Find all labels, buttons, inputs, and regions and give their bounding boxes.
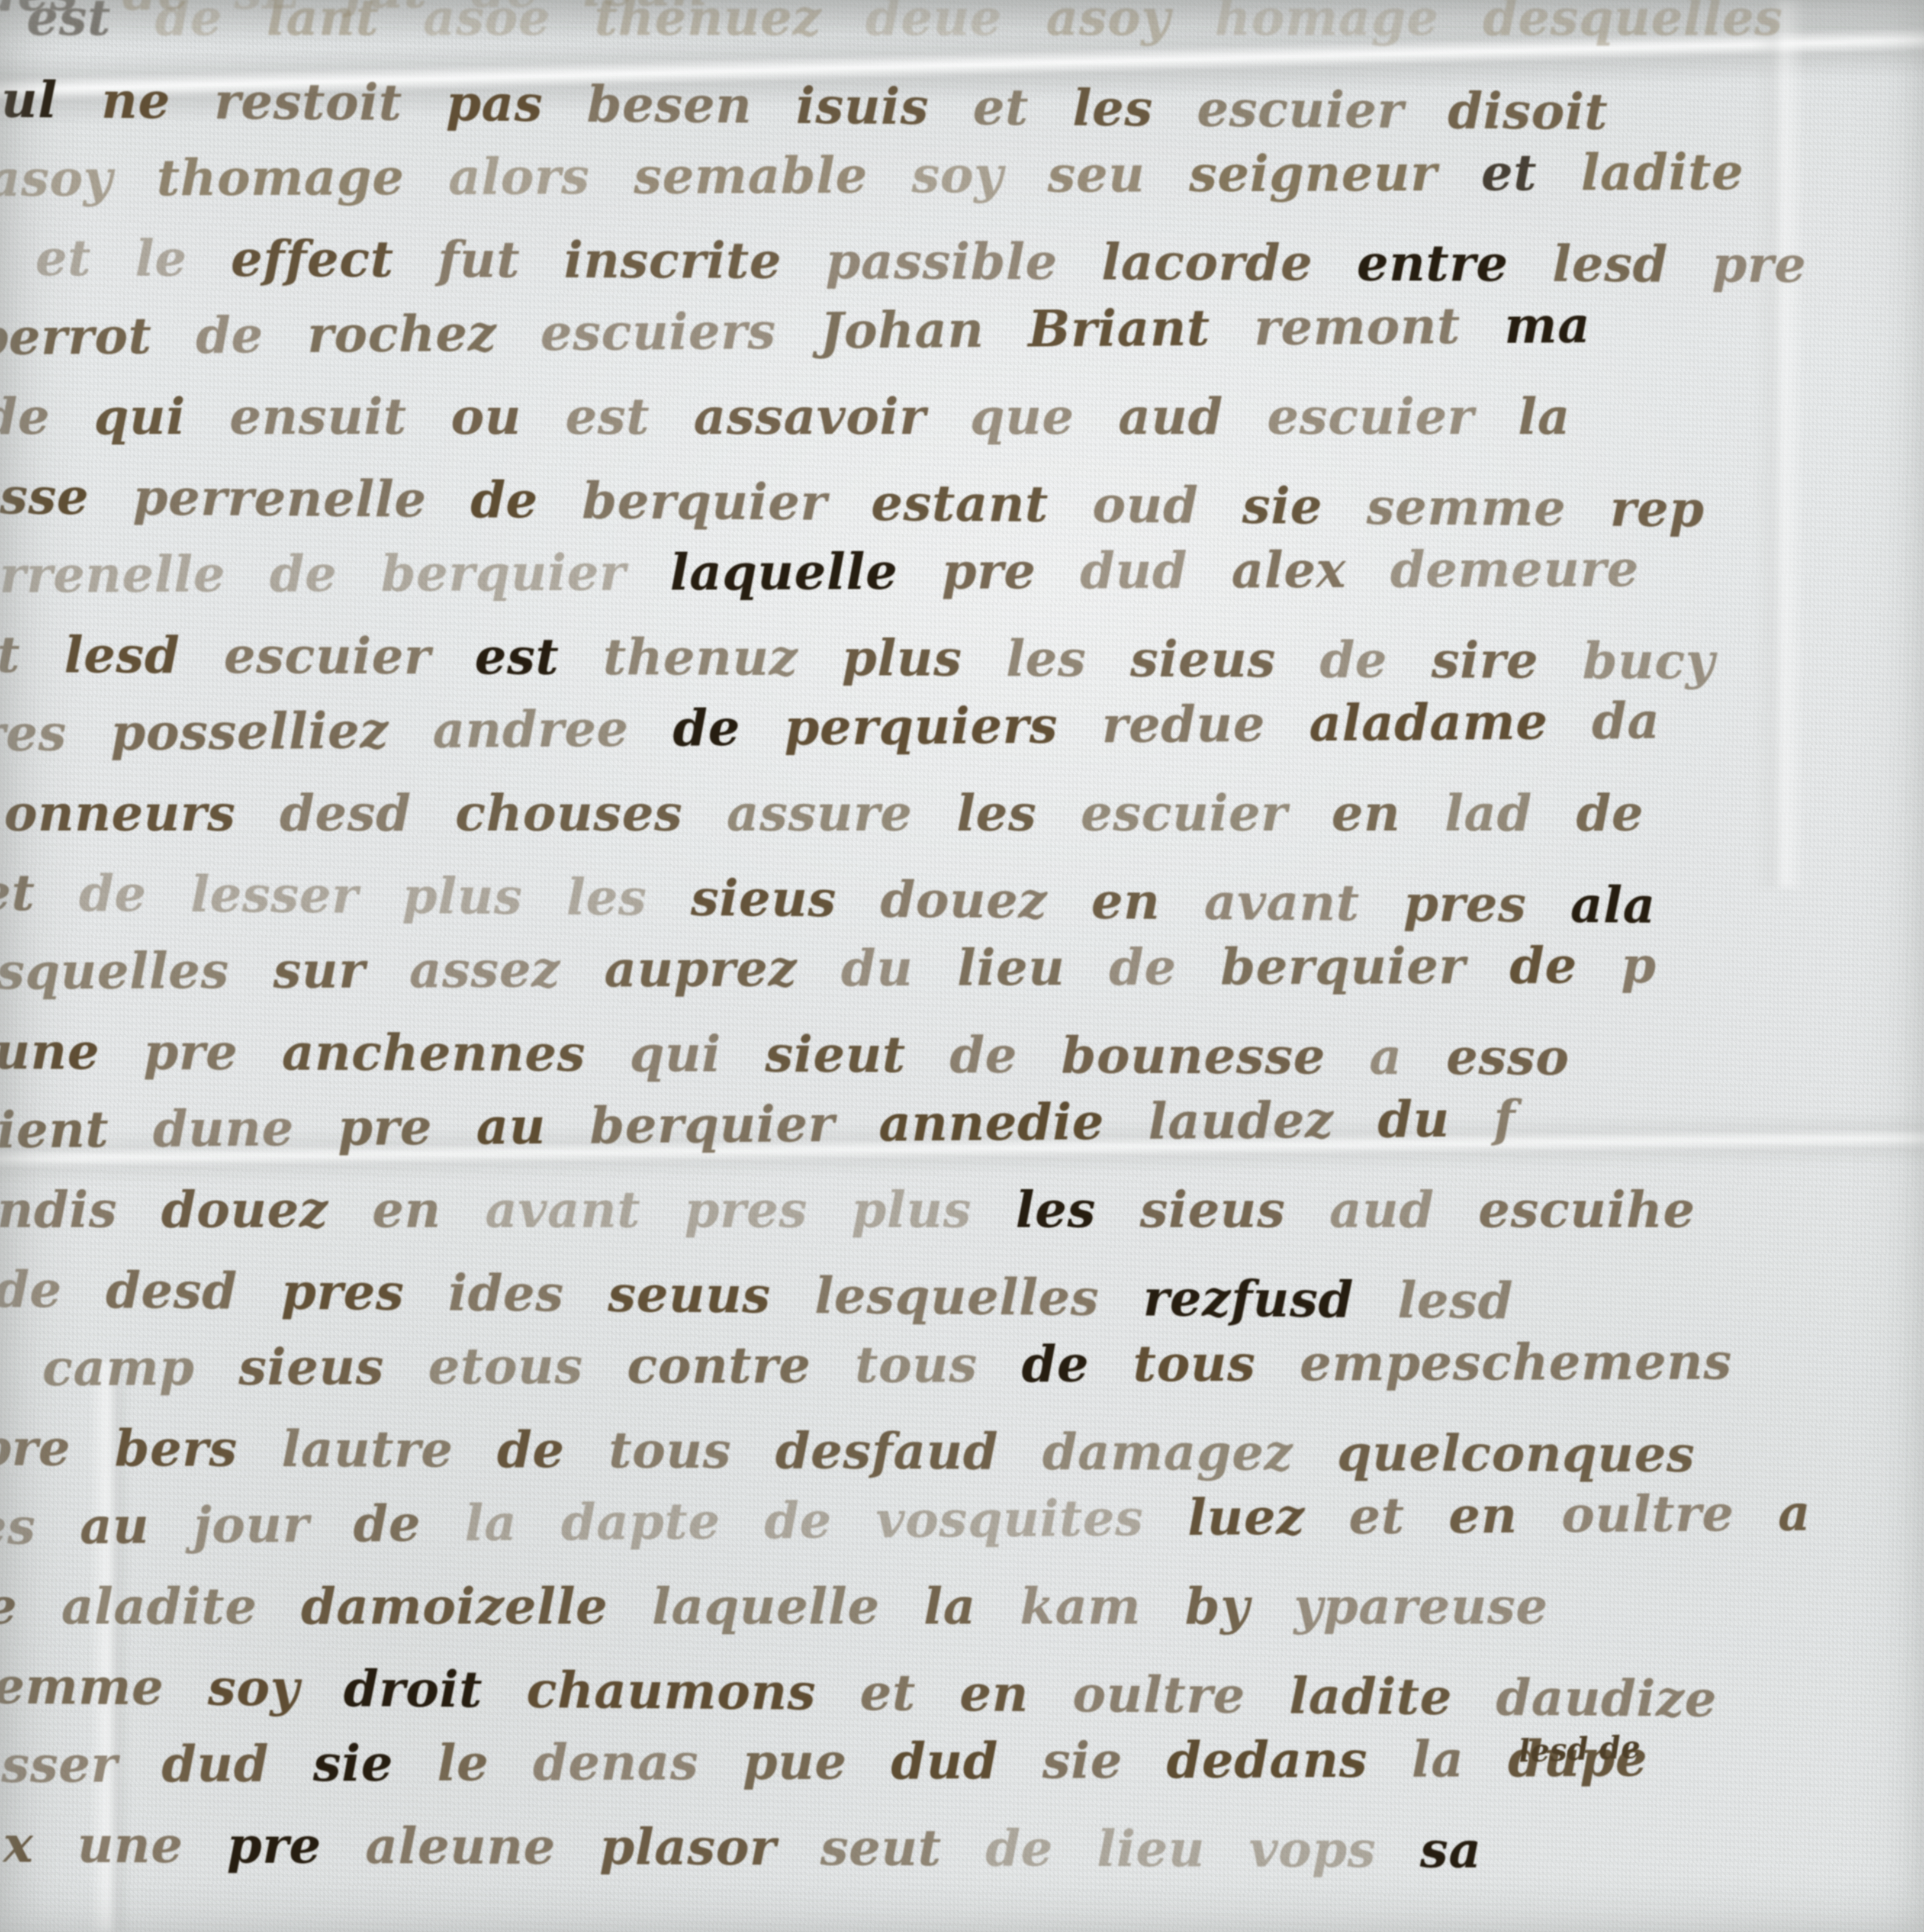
word: une (78, 1815, 184, 1875)
word: douez (162, 1180, 329, 1239)
word: alors (448, 147, 590, 206)
manuscript-line: perrenelle de berquier laquelle pre dud … (0, 528, 1924, 615)
word: Johan (820, 300, 984, 360)
word: qui (629, 1024, 721, 1083)
word: les (1016, 1180, 1096, 1239)
word: chaumons (526, 1660, 816, 1721)
word: escuiers (540, 302, 777, 362)
word: de (195, 305, 263, 365)
word: asoy (0, 149, 113, 208)
word: denas (533, 1733, 699, 1792)
word: e (0, 1577, 17, 1635)
word: deue (866, 0, 1002, 47)
word: les (957, 784, 1037, 842)
manuscript-text: des de sE fut de leunest de lant asoe th… (0, 0, 1924, 1932)
word: empeschemens (1299, 1332, 1732, 1392)
word: aud (1330, 1180, 1434, 1239)
manuscript-page: des de sE fut de leunest de lant asoe th… (0, 0, 1924, 1932)
word: posselliez (111, 701, 389, 762)
word: avant (1204, 872, 1360, 932)
word: la (924, 1577, 976, 1635)
word: nul (0, 70, 57, 129)
word: semme (1366, 477, 1566, 537)
word: vosquites (876, 1489, 1144, 1549)
word: de (269, 544, 337, 603)
word: passible (826, 231, 1058, 291)
word: perrot (0, 307, 152, 366)
manuscript-line: asoy thomage alors semable soy seu seign… (0, 131, 1924, 218)
word: et (0, 625, 20, 684)
word: entre (1357, 234, 1508, 293)
manuscript-line: perrot de rochez escuiers Johan Briant r… (0, 282, 1924, 377)
word: restoit (214, 72, 403, 131)
word: pres (281, 1262, 404, 1322)
word: et (860, 1663, 916, 1722)
manuscript-line: e aladite damoizelle laquelle la kam by … (0, 1567, 1924, 1646)
word: ladite (1581, 143, 1744, 202)
word: ma (1504, 295, 1591, 355)
word: en (1091, 871, 1160, 930)
word: esso (1446, 1028, 1569, 1087)
word: et (36, 228, 92, 287)
word: le (135, 229, 187, 288)
word: de (950, 1025, 1018, 1084)
manuscript-line: tandis douez en avant pres plus les sieu… (0, 1170, 1924, 1250)
word: sieus (1130, 630, 1276, 689)
word: pre (0, 1418, 71, 1477)
word: oultre (1561, 1484, 1734, 1544)
word: de (764, 1491, 832, 1550)
word: inscrite (564, 230, 782, 289)
word: berquier (582, 471, 828, 532)
word: vops (1249, 1820, 1376, 1879)
word: ou (451, 387, 522, 446)
word: pres (0, 703, 67, 763)
word: alex (1231, 540, 1346, 600)
word: est (565, 387, 650, 446)
word: bounesse (1061, 1026, 1326, 1086)
word: pres (684, 1180, 807, 1239)
word: estant (871, 474, 1049, 533)
word: et (0, 863, 36, 922)
word: du (1378, 1090, 1450, 1149)
word: tous (1133, 1334, 1256, 1393)
word: seut (821, 1818, 942, 1878)
word: pre (337, 1097, 432, 1157)
word: de (155, 0, 223, 47)
word: sie (1043, 1731, 1123, 1790)
word: dud (891, 1731, 999, 1791)
word: rochez (307, 304, 497, 363)
word: oultre (1073, 1664, 1246, 1724)
word: aleune (365, 1817, 556, 1876)
word: perrenelle (0, 545, 226, 604)
word: qui (94, 387, 186, 446)
word: ypareuse (1294, 1577, 1548, 1635)
word: lesquelles (815, 1266, 1099, 1327)
word: tient (0, 1100, 109, 1160)
word: pre (942, 542, 1037, 601)
word: ladite (1289, 1666, 1452, 1726)
word: assure (727, 784, 913, 842)
word: andree (432, 699, 629, 759)
word: berquier (381, 543, 626, 603)
word: pres (1404, 874, 1527, 933)
word: sa (1420, 1820, 1482, 1879)
word: tous (855, 1335, 978, 1394)
word: lad (1444, 784, 1532, 842)
manuscript-line: tient dune pre au berquier annedie laude… (0, 1076, 1924, 1170)
word: pue (742, 1732, 847, 1791)
word: au (80, 1496, 150, 1555)
word: pre (227, 1816, 321, 1875)
word: sire (1431, 631, 1539, 690)
word: dedans (1166, 1730, 1368, 1789)
word: esse (0, 466, 89, 526)
word: dud (162, 1734, 269, 1793)
word: de (1576, 784, 1643, 842)
word: sieus (691, 868, 837, 928)
word: seigneur (1189, 144, 1437, 204)
word: la (1518, 387, 1570, 446)
word: p (1621, 936, 1656, 994)
word: tandis (0, 1180, 117, 1239)
word: asoy (1046, 0, 1171, 47)
word: laudez (1148, 1090, 1334, 1150)
manuscript-line: pres posselliez andree de perquiers redu… (0, 679, 1924, 774)
word: redue (1102, 694, 1266, 754)
word: f (1494, 1089, 1516, 1148)
word: oud (1092, 475, 1199, 534)
word: le (437, 1734, 489, 1792)
word: la (465, 1493, 517, 1553)
word: lacorde (1102, 233, 1313, 292)
word: desfaud (776, 1421, 999, 1480)
word: est (475, 627, 559, 686)
word: semme (0, 1656, 164, 1717)
word: anchennes (282, 1023, 585, 1083)
word: chouses (455, 784, 683, 842)
word: desquelles (1483, 0, 1783, 47)
word: aladame (1309, 692, 1548, 752)
word: de (1109, 938, 1177, 996)
word: douez (880, 870, 1048, 930)
word: est (27, 0, 111, 47)
word: laquelle (652, 1577, 880, 1635)
word: honneurs (0, 784, 236, 842)
word: de (470, 471, 538, 530)
word: luez (1188, 1487, 1305, 1547)
word: seuus (608, 1264, 771, 1324)
word: sur (273, 941, 365, 1000)
word: sie (313, 1734, 393, 1793)
manuscript-line: le camp sieus etous contre tous de tous … (0, 1321, 1924, 1408)
word: escuier (1196, 79, 1404, 140)
word: ensuit (230, 387, 407, 446)
word: de (353, 1494, 421, 1553)
word: demeure (1390, 539, 1639, 599)
word: besen (587, 75, 752, 134)
word: tous (609, 1421, 732, 1480)
word: kam (1020, 1577, 1141, 1635)
word: en (1331, 784, 1401, 842)
word: de (673, 698, 741, 758)
word: lautre (281, 1419, 453, 1479)
word: disoit (1447, 81, 1608, 141)
word: lesser (0, 1735, 118, 1794)
manuscript-line: ax une pre aleune plasor seut de lieu vo… (0, 1805, 1924, 1892)
word: soy (912, 145, 1004, 204)
word: de (497, 1420, 565, 1479)
word: laquelle (670, 542, 898, 601)
word: jour (193, 1495, 310, 1554)
word: et (973, 78, 1029, 137)
word: asoe (423, 0, 551, 47)
word: assavoir (694, 387, 926, 446)
word: seu (1047, 144, 1145, 204)
word: les (1073, 78, 1153, 137)
word: assez (409, 940, 561, 999)
word: lesser (191, 865, 359, 925)
word: plus (402, 866, 523, 926)
word: les (0, 1497, 36, 1556)
word: droit (343, 1659, 482, 1719)
word: la (1411, 1730, 1464, 1788)
word: lant (266, 0, 379, 47)
word: les (1006, 629, 1086, 688)
word: lesd (1398, 1271, 1514, 1330)
word: escuier (1081, 784, 1288, 842)
word: by (1185, 1577, 1250, 1635)
manuscript-line: honneurs desd chouses assure les escuier… (0, 774, 1924, 853)
word: de (1320, 630, 1388, 689)
word: ax (0, 1815, 34, 1873)
word: auprez (604, 939, 797, 998)
word: pas (446, 73, 543, 133)
word: perquiers (784, 696, 1058, 757)
word: escuier (1267, 387, 1475, 446)
word: en (960, 1664, 1029, 1723)
word: lieu (957, 938, 1066, 997)
word: damoizelle (301, 1577, 608, 1635)
word: thenuez (594, 0, 822, 47)
word: effect (231, 229, 394, 288)
word: bers (114, 1419, 237, 1478)
word: dune (0, 1022, 100, 1081)
word: sieut (765, 1025, 906, 1084)
word: de (79, 864, 147, 923)
word: et (1349, 1486, 1405, 1545)
word: thomage (157, 147, 405, 207)
word: dune (153, 1099, 294, 1158)
interlinear-note: lesd de (1518, 1729, 1641, 1769)
word: en (1449, 1486, 1518, 1545)
word: sie (1242, 476, 1323, 536)
word: plasor (600, 1817, 777, 1876)
word: lieu (1097, 1819, 1205, 1878)
word: avant (485, 1180, 641, 1239)
word: pre (143, 1022, 238, 1081)
word: que (970, 387, 1074, 446)
word: les (567, 868, 647, 927)
word: camp (42, 1338, 195, 1397)
word: annedie (879, 1092, 1105, 1152)
word: damagez (1043, 1422, 1294, 1482)
manuscript-line: desquelles sur assez auprez du lieu de b… (0, 925, 1924, 1012)
word: en (372, 1180, 442, 1239)
manuscript-line: ade qui ensuit ou est assavoir que aud e… (0, 377, 1924, 456)
word: sieus (1140, 1180, 1285, 1239)
word: semable (633, 146, 868, 205)
word: da (1592, 691, 1661, 751)
word: aladite (62, 1577, 258, 1635)
word: berquier (1221, 936, 1466, 996)
word: soy (208, 1658, 300, 1717)
word: a (1369, 1027, 1402, 1086)
word: au (476, 1097, 546, 1156)
manuscript-line: les au jour de la dapte de vosquites lue… (0, 1472, 1924, 1567)
word: etous (428, 1337, 583, 1396)
word: homage (1215, 0, 1439, 47)
manuscript-line: est de lant asoe thenuez deue asoy homag… (27, 0, 1924, 57)
word: ade (0, 1260, 62, 1319)
word: fut (437, 230, 520, 289)
word: ade (0, 387, 50, 446)
word: a (1778, 1483, 1811, 1542)
word: ne (101, 71, 170, 130)
word: ides (448, 1263, 564, 1322)
word: dapte (561, 1492, 720, 1551)
word: du (841, 939, 913, 997)
word: thenuz (603, 627, 799, 687)
word: sieus (239, 1337, 384, 1396)
word: desd (280, 784, 411, 842)
word: rezfusd (1143, 1268, 1354, 1329)
word: isuis (796, 76, 929, 136)
word: de (1510, 936, 1578, 994)
word: plus (842, 629, 962, 688)
word: contre (627, 1335, 811, 1395)
word: plus (851, 1180, 971, 1239)
word: escuihe (1478, 1180, 1695, 1239)
word: aud (1118, 387, 1223, 446)
word: remont (1254, 297, 1460, 357)
word: de (985, 1819, 1053, 1878)
word: de (1021, 1335, 1089, 1393)
word: berquier (590, 1094, 835, 1155)
word: lesd (64, 626, 180, 685)
word: escuier (224, 626, 431, 685)
word: perrenelle (133, 468, 427, 529)
word: Briant (1028, 298, 1210, 358)
word: desd (105, 1261, 237, 1321)
word: dud (1080, 541, 1188, 600)
word: desquelles (0, 941, 229, 1001)
word: et (1481, 143, 1537, 202)
